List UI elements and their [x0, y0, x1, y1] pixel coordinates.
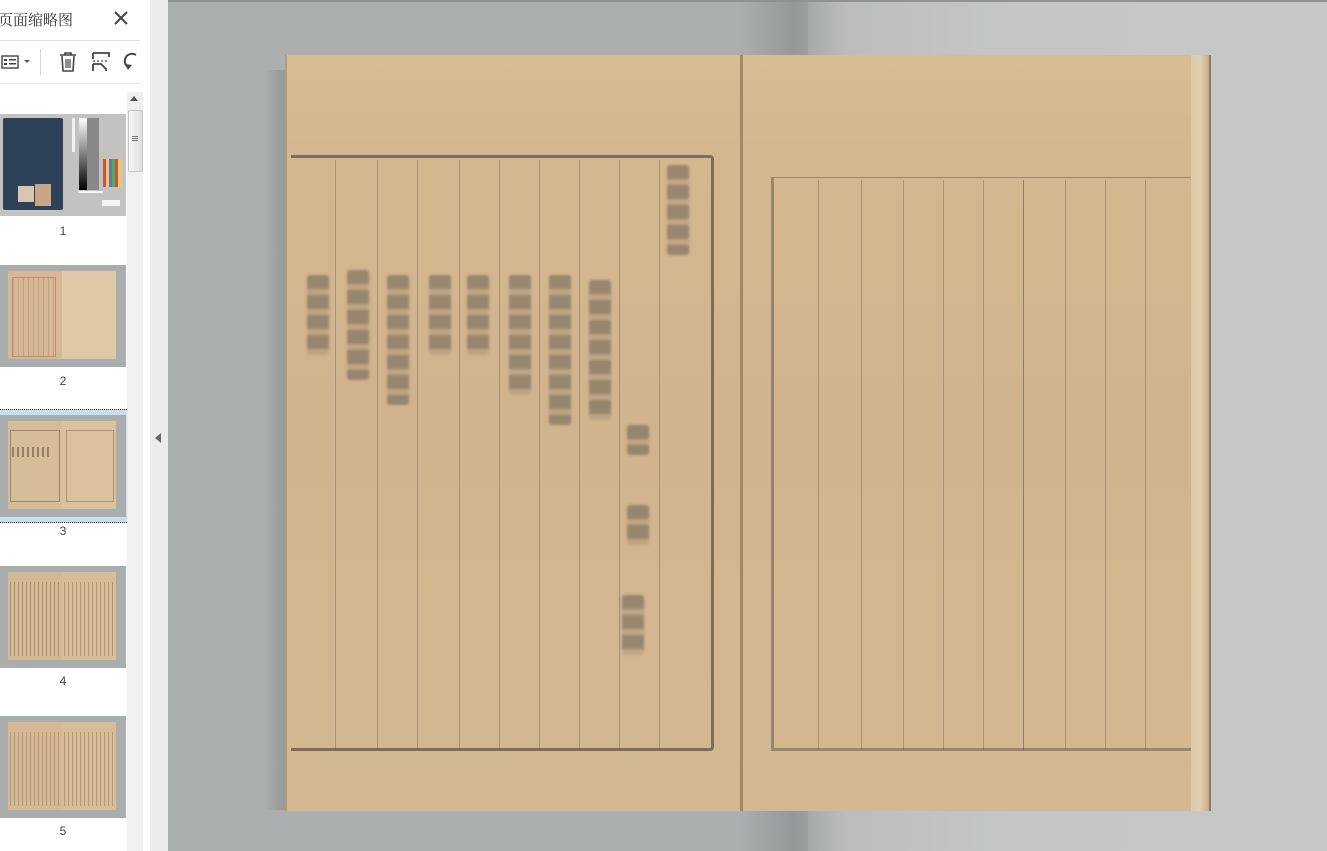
thumbnail-page-5[interactable]: 5	[0, 692, 127, 832]
viewport-top-border	[168, 0, 1327, 2]
thumbnail-image	[0, 114, 126, 216]
rotate-icon	[122, 51, 140, 73]
left-leaf	[285, 55, 743, 811]
thumbnail-page-3[interactable]	[0, 409, 127, 523]
document-viewport[interactable]	[168, 0, 1327, 851]
close-panel-button[interactable]	[111, 8, 131, 28]
scanned-page-image	[285, 55, 1215, 811]
thumbnail-image	[0, 716, 126, 818]
list-options-icon	[1, 54, 23, 70]
right-leaf	[743, 55, 1193, 811]
book-edge	[1191, 55, 1211, 811]
thumbnail-page-2[interactable]: 2	[0, 242, 127, 382]
panel-header: 页面缩略图	[0, 0, 140, 41]
toolbar-divider	[40, 49, 41, 75]
trash-icon	[58, 51, 78, 73]
thumbnail-scrollbar[interactable]	[127, 92, 143, 851]
page-extract-icon	[91, 51, 111, 73]
thumbnail-options-button[interactable]	[0, 49, 34, 75]
collapse-left-icon[interactable]	[155, 433, 161, 443]
thumbnail-label: 1	[0, 224, 126, 238]
thumbnail-toolbar	[0, 41, 140, 84]
thumbnail-image	[0, 566, 126, 668]
delete-page-button[interactable]	[56, 49, 80, 75]
thumbnail-label: 5	[0, 824, 126, 838]
chevron-down-icon	[23, 59, 31, 65]
thumbnail-label: 3	[0, 524, 126, 538]
panel-title: 页面缩略图	[0, 9, 73, 30]
rotate-page-button[interactable]	[122, 49, 140, 75]
thumbnail-image	[0, 415, 126, 517]
page-thumbnails-panel: 页面缩略图	[0, 0, 151, 851]
panel-splitter[interactable]	[150, 0, 168, 851]
thumbnail-page-1[interactable]: 1	[0, 92, 127, 232]
thumbnail-label: 4	[0, 674, 126, 688]
scroll-up-icon[interactable]	[130, 96, 138, 101]
extract-page-button[interactable]	[89, 49, 113, 75]
close-icon	[111, 8, 131, 28]
scrollbar-thumb[interactable]	[128, 110, 143, 172]
thumbnail-image	[0, 265, 126, 367]
thumbnail-label: 2	[0, 374, 126, 388]
thumbnail-list: 1 2 3	[0, 92, 127, 851]
thumbnail-page-4[interactable]: 4	[0, 542, 127, 682]
